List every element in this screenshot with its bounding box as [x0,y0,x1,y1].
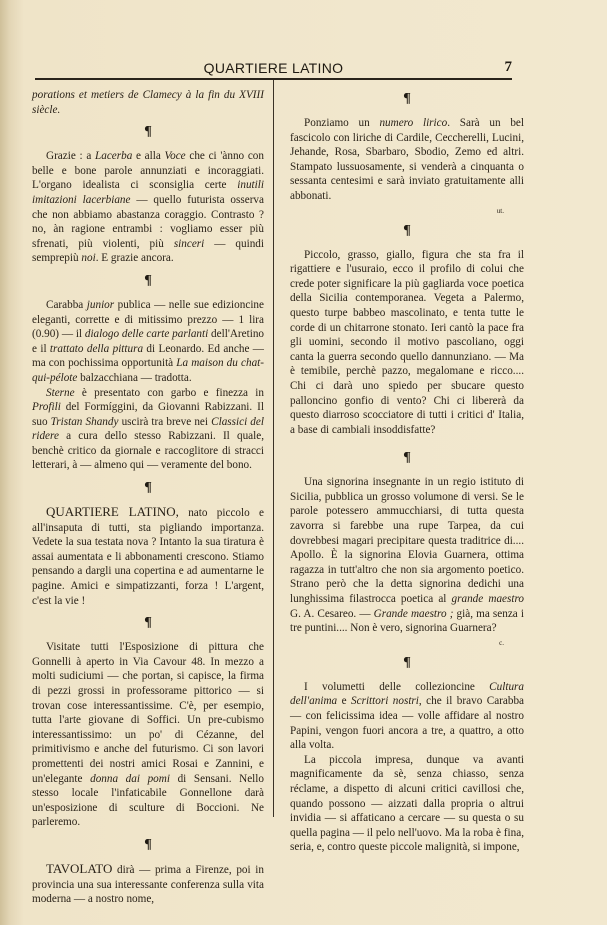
note-volumetti: I volumetti delle collezioncine Cultura … [290,680,524,753]
note-sterne: Sterne è presentato con garbo e finezza … [32,386,264,474]
page-number: 7 [505,59,513,76]
pilcrow-icon: ¶ [32,274,264,288]
journal-title: QUARTIERE LATINO [35,60,512,76]
pilcrow-icon: ¶ [290,224,524,238]
signature: c. [290,638,504,648]
pilcrow-icon: ¶ [290,451,524,465]
pilcrow-icon: ¶ [32,838,264,852]
note-carabba: Carabba junior publica — nelle sue edizi… [32,298,264,386]
note-grazie: Grazie : a Lacerba e alla Voce che ci 'à… [32,149,264,266]
note-numero-lirico: Ponziamo un numero lirico. Sarà un bel f… [290,116,524,204]
continuation-text: porations et metiers de Clamecy à la fin… [32,88,264,117]
pilcrow-icon: ¶ [32,616,264,630]
note-signorina: Una signorina insegnante in un regio ist… [290,475,524,636]
right-column: ¶ Ponziamo un numero lirico. Sarà un bel… [290,88,524,855]
pilcrow-icon: ¶ [290,656,524,670]
pilcrow-icon: ¶ [32,125,264,139]
column-divider [273,80,274,817]
note-tavolato: TAVOLATO dirà — prima a Firenze, poi in … [32,862,264,907]
left-column: porations et metiers de Clamecy à la fin… [32,88,264,907]
pilcrow-icon: ¶ [290,92,524,106]
running-header: QUARTIERE LATINO 7 [35,58,512,78]
note-piccola-impresa: La piccola impresa, dunque va avanti mag… [290,753,524,855]
signature: ut. [290,206,504,216]
note-piccolo-grasso: Piccolo, grasso, giallo, figura che sta … [290,248,524,438]
note-esposizione: Visitate tutti l'Esposizione di pittura … [32,640,264,830]
pilcrow-icon: ¶ [32,481,264,495]
note-quartiere-latino: QUARTIERE LATINO, nato piccolo e all'ins… [32,505,264,608]
